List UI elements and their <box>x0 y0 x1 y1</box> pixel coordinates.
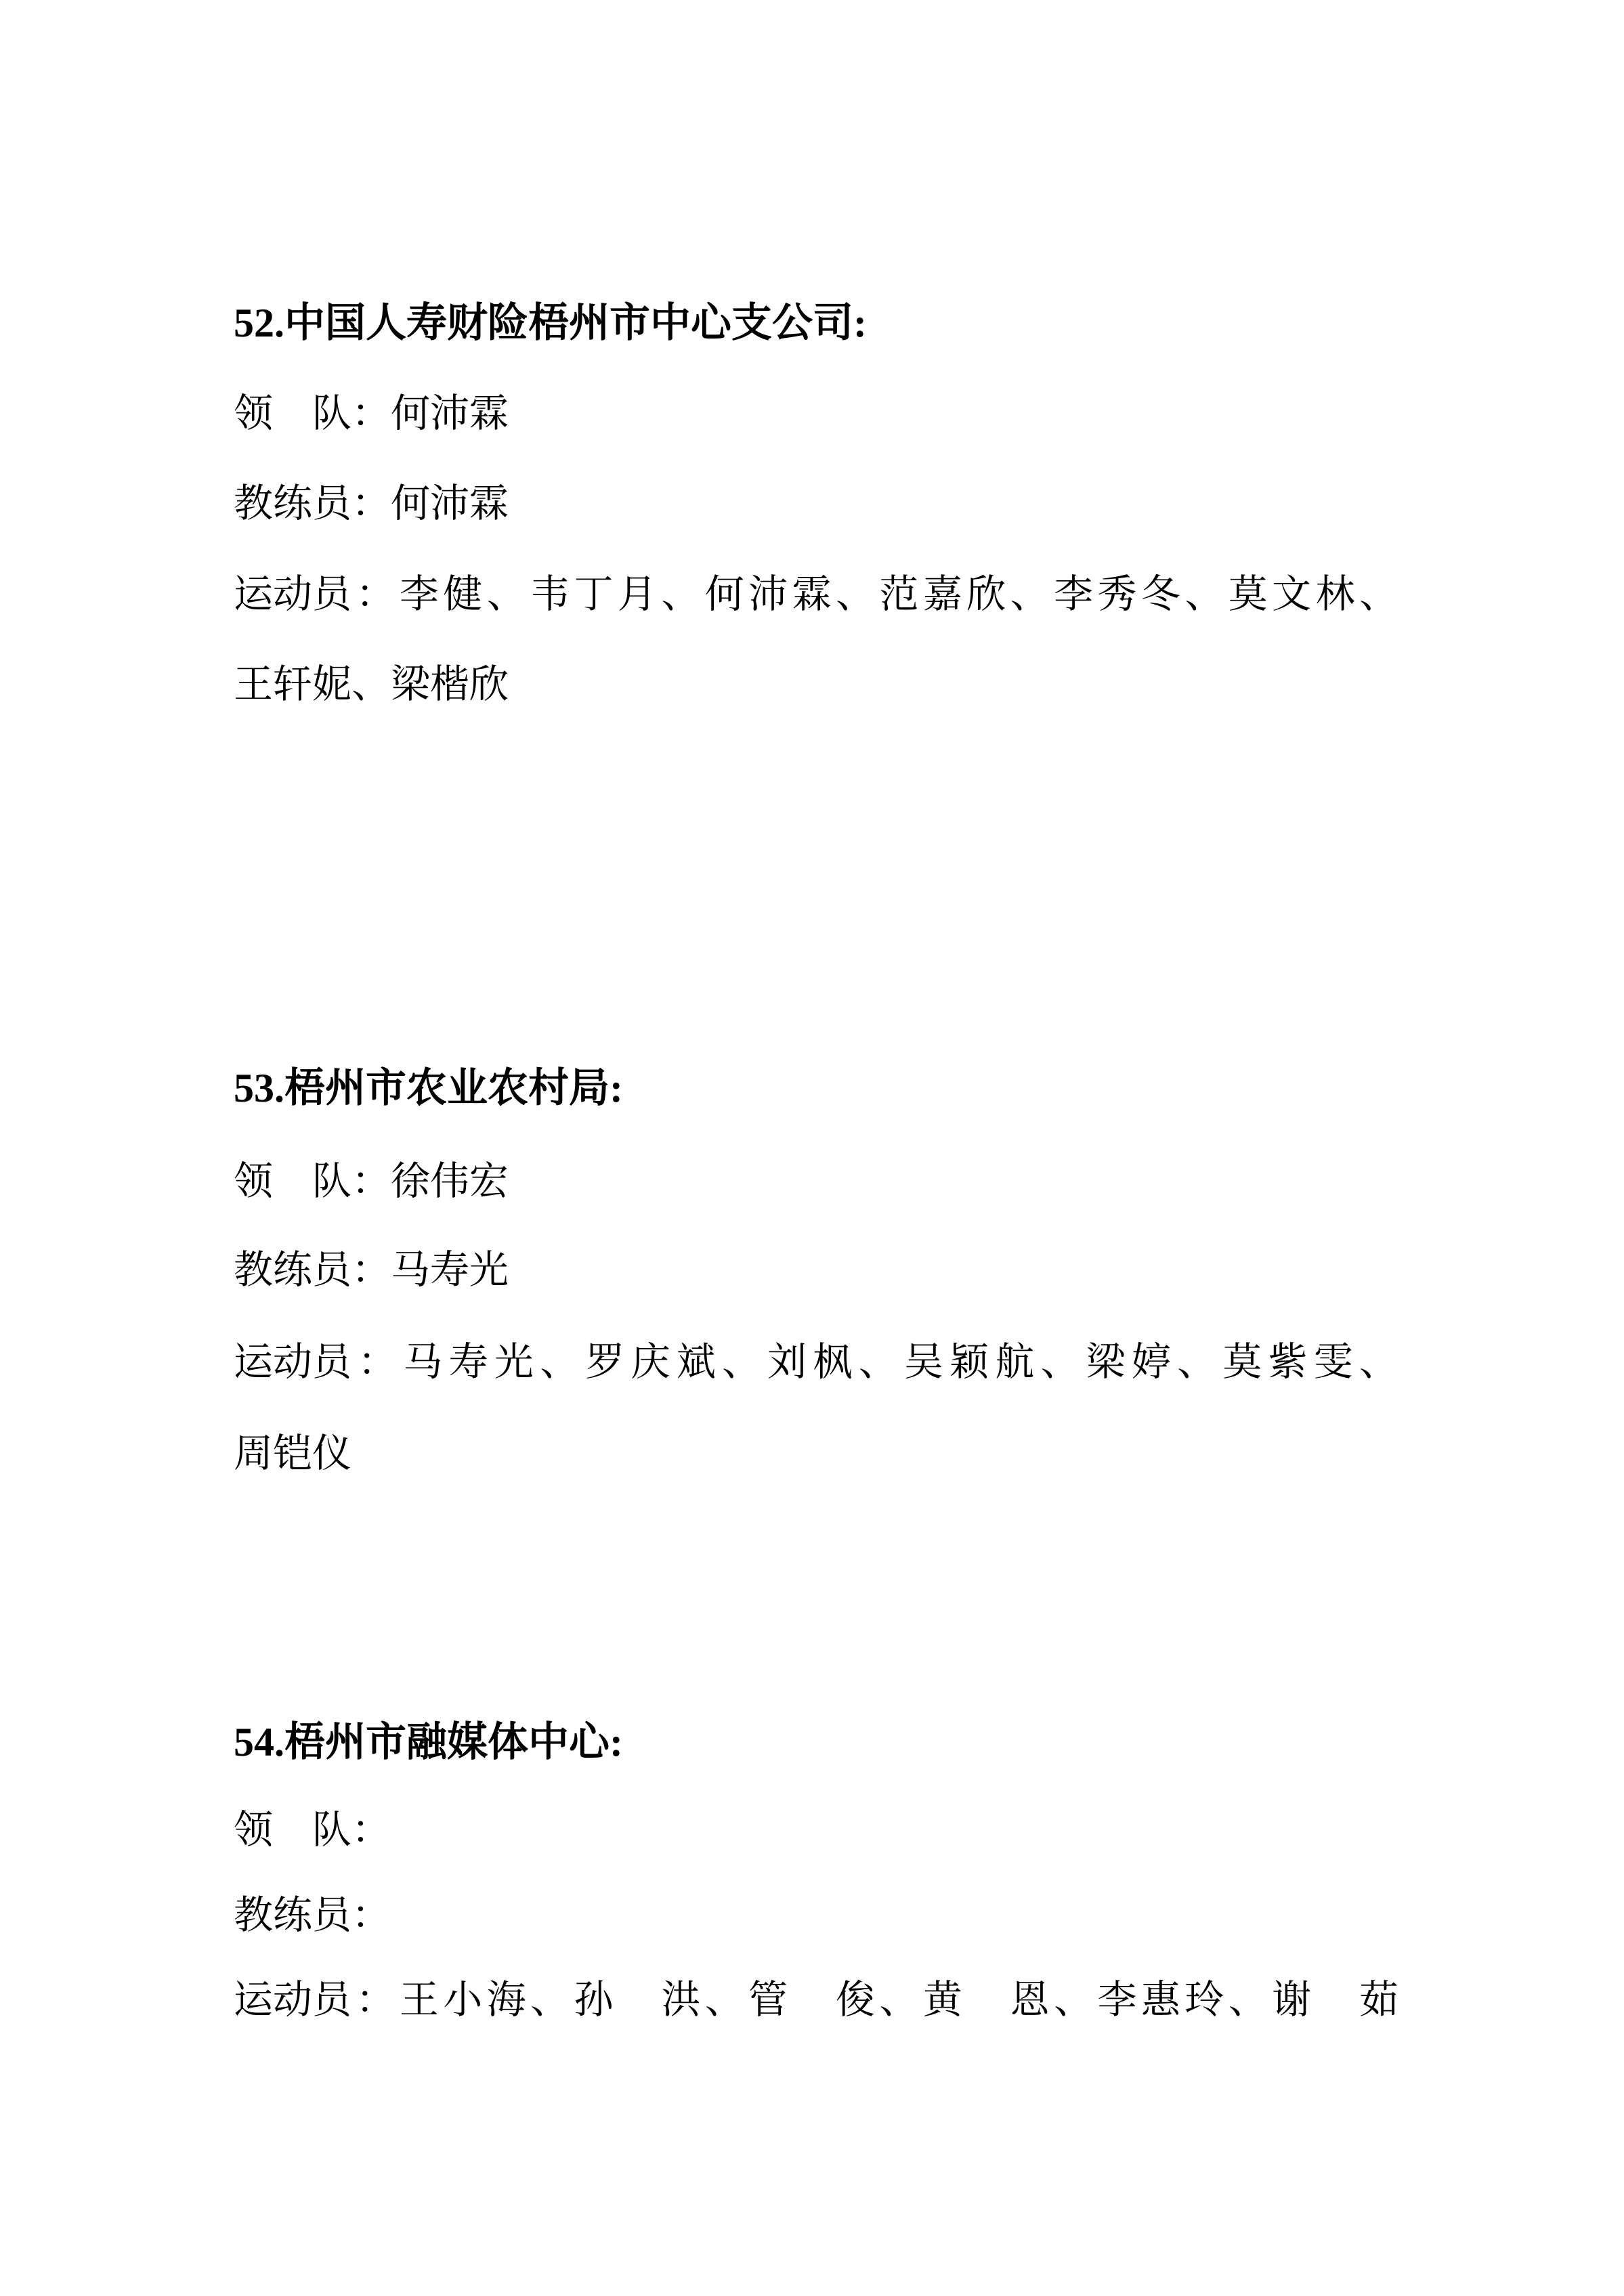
leader-label: 领队 <box>234 391 351 437</box>
leader-name: 徐伟宏 <box>391 1159 509 1203</box>
colon: ： <box>351 1248 391 1292</box>
section-52-title: 52.中国人寿财险梧州市中心支公司: <box>234 303 1398 343</box>
section-53-leader-line: 领队：徐伟宏 <box>234 1159 1398 1205</box>
section-52-athletes-line1: 运动员：李健、韦丁月、何沛霖、范嘉欣、李秀冬、莫文林、 <box>234 572 1398 618</box>
leader-label: 领队 <box>234 1808 351 1853</box>
athletes-names: 马寿光、罗庆斌、刘枫、吴颖航、梁婷、莫紫雯、 <box>403 1340 1398 1384</box>
colon: ： <box>351 1808 391 1852</box>
coach-label: 教练员 <box>234 1893 351 1938</box>
athletes-names: 周铠仪 <box>234 1431 351 1475</box>
colon: ： <box>351 1978 400 2022</box>
section-52-coach-line: 教练员：何沛霖 <box>234 481 1398 527</box>
colon: ： <box>351 1893 391 1937</box>
athletes-label: 运动员 <box>234 572 351 618</box>
colon: ： <box>351 481 391 525</box>
colon: ： <box>351 572 400 616</box>
section-52-athletes-line2: 王轩妮、梁楷欣 <box>234 662 1398 708</box>
athletes-label: 运动员 <box>234 1340 351 1385</box>
colon: ： <box>351 1159 391 1203</box>
athletes-names: 李健、韦丁月、何沛霖、范嘉欣、李秀冬、莫文林、 <box>400 572 1398 616</box>
coach-label: 教练员 <box>234 481 351 527</box>
leader-name: 何沛霖 <box>391 391 509 435</box>
leader-label: 领队 <box>234 1159 351 1205</box>
coach-name: 马寿光 <box>391 1248 509 1292</box>
coach-name: 何沛霖 <box>391 481 509 525</box>
athletes-names: 王轩妮、梁楷欣 <box>234 662 509 706</box>
section-53-athletes-line2: 周铠仪 <box>234 1431 1398 1477</box>
section-54-athletes-line1: 运动员：王小海、孙 洪、管 俊、黄 恩、李惠玲、谢 茹 <box>234 1978 1398 2023</box>
document-page: 52.中国人寿财险梧州市中心支公司: 领队：何沛霖 教练员：何沛霖 运动员：李健… <box>0 0 1624 2296</box>
section-52-leader-line: 领队：何沛霖 <box>234 391 1398 437</box>
section-53-title: 53.梧州市农业农村局: <box>234 1068 1398 1108</box>
section-54-coach-line: 教练员： <box>234 1893 1398 1938</box>
section-54-leader-line: 领队： <box>234 1808 1398 1853</box>
section-53-athletes-line1: 运动员：马寿光、罗庆斌、刘枫、吴颖航、梁婷、莫紫雯、 <box>234 1340 1398 1385</box>
athletes-label: 运动员 <box>234 1978 351 2023</box>
colon: ： <box>351 391 391 435</box>
coach-label: 教练员 <box>234 1248 351 1293</box>
section-54-title: 54.梧州市融媒体中心: <box>234 1722 1398 1762</box>
colon: ： <box>351 1340 403 1384</box>
section-53-coach-line: 教练员：马寿光 <box>234 1248 1398 1293</box>
athletes-names: 王小海、孙 洪、管 俊、黄 恩、李惠玲、谢 茹 <box>400 1978 1398 2022</box>
